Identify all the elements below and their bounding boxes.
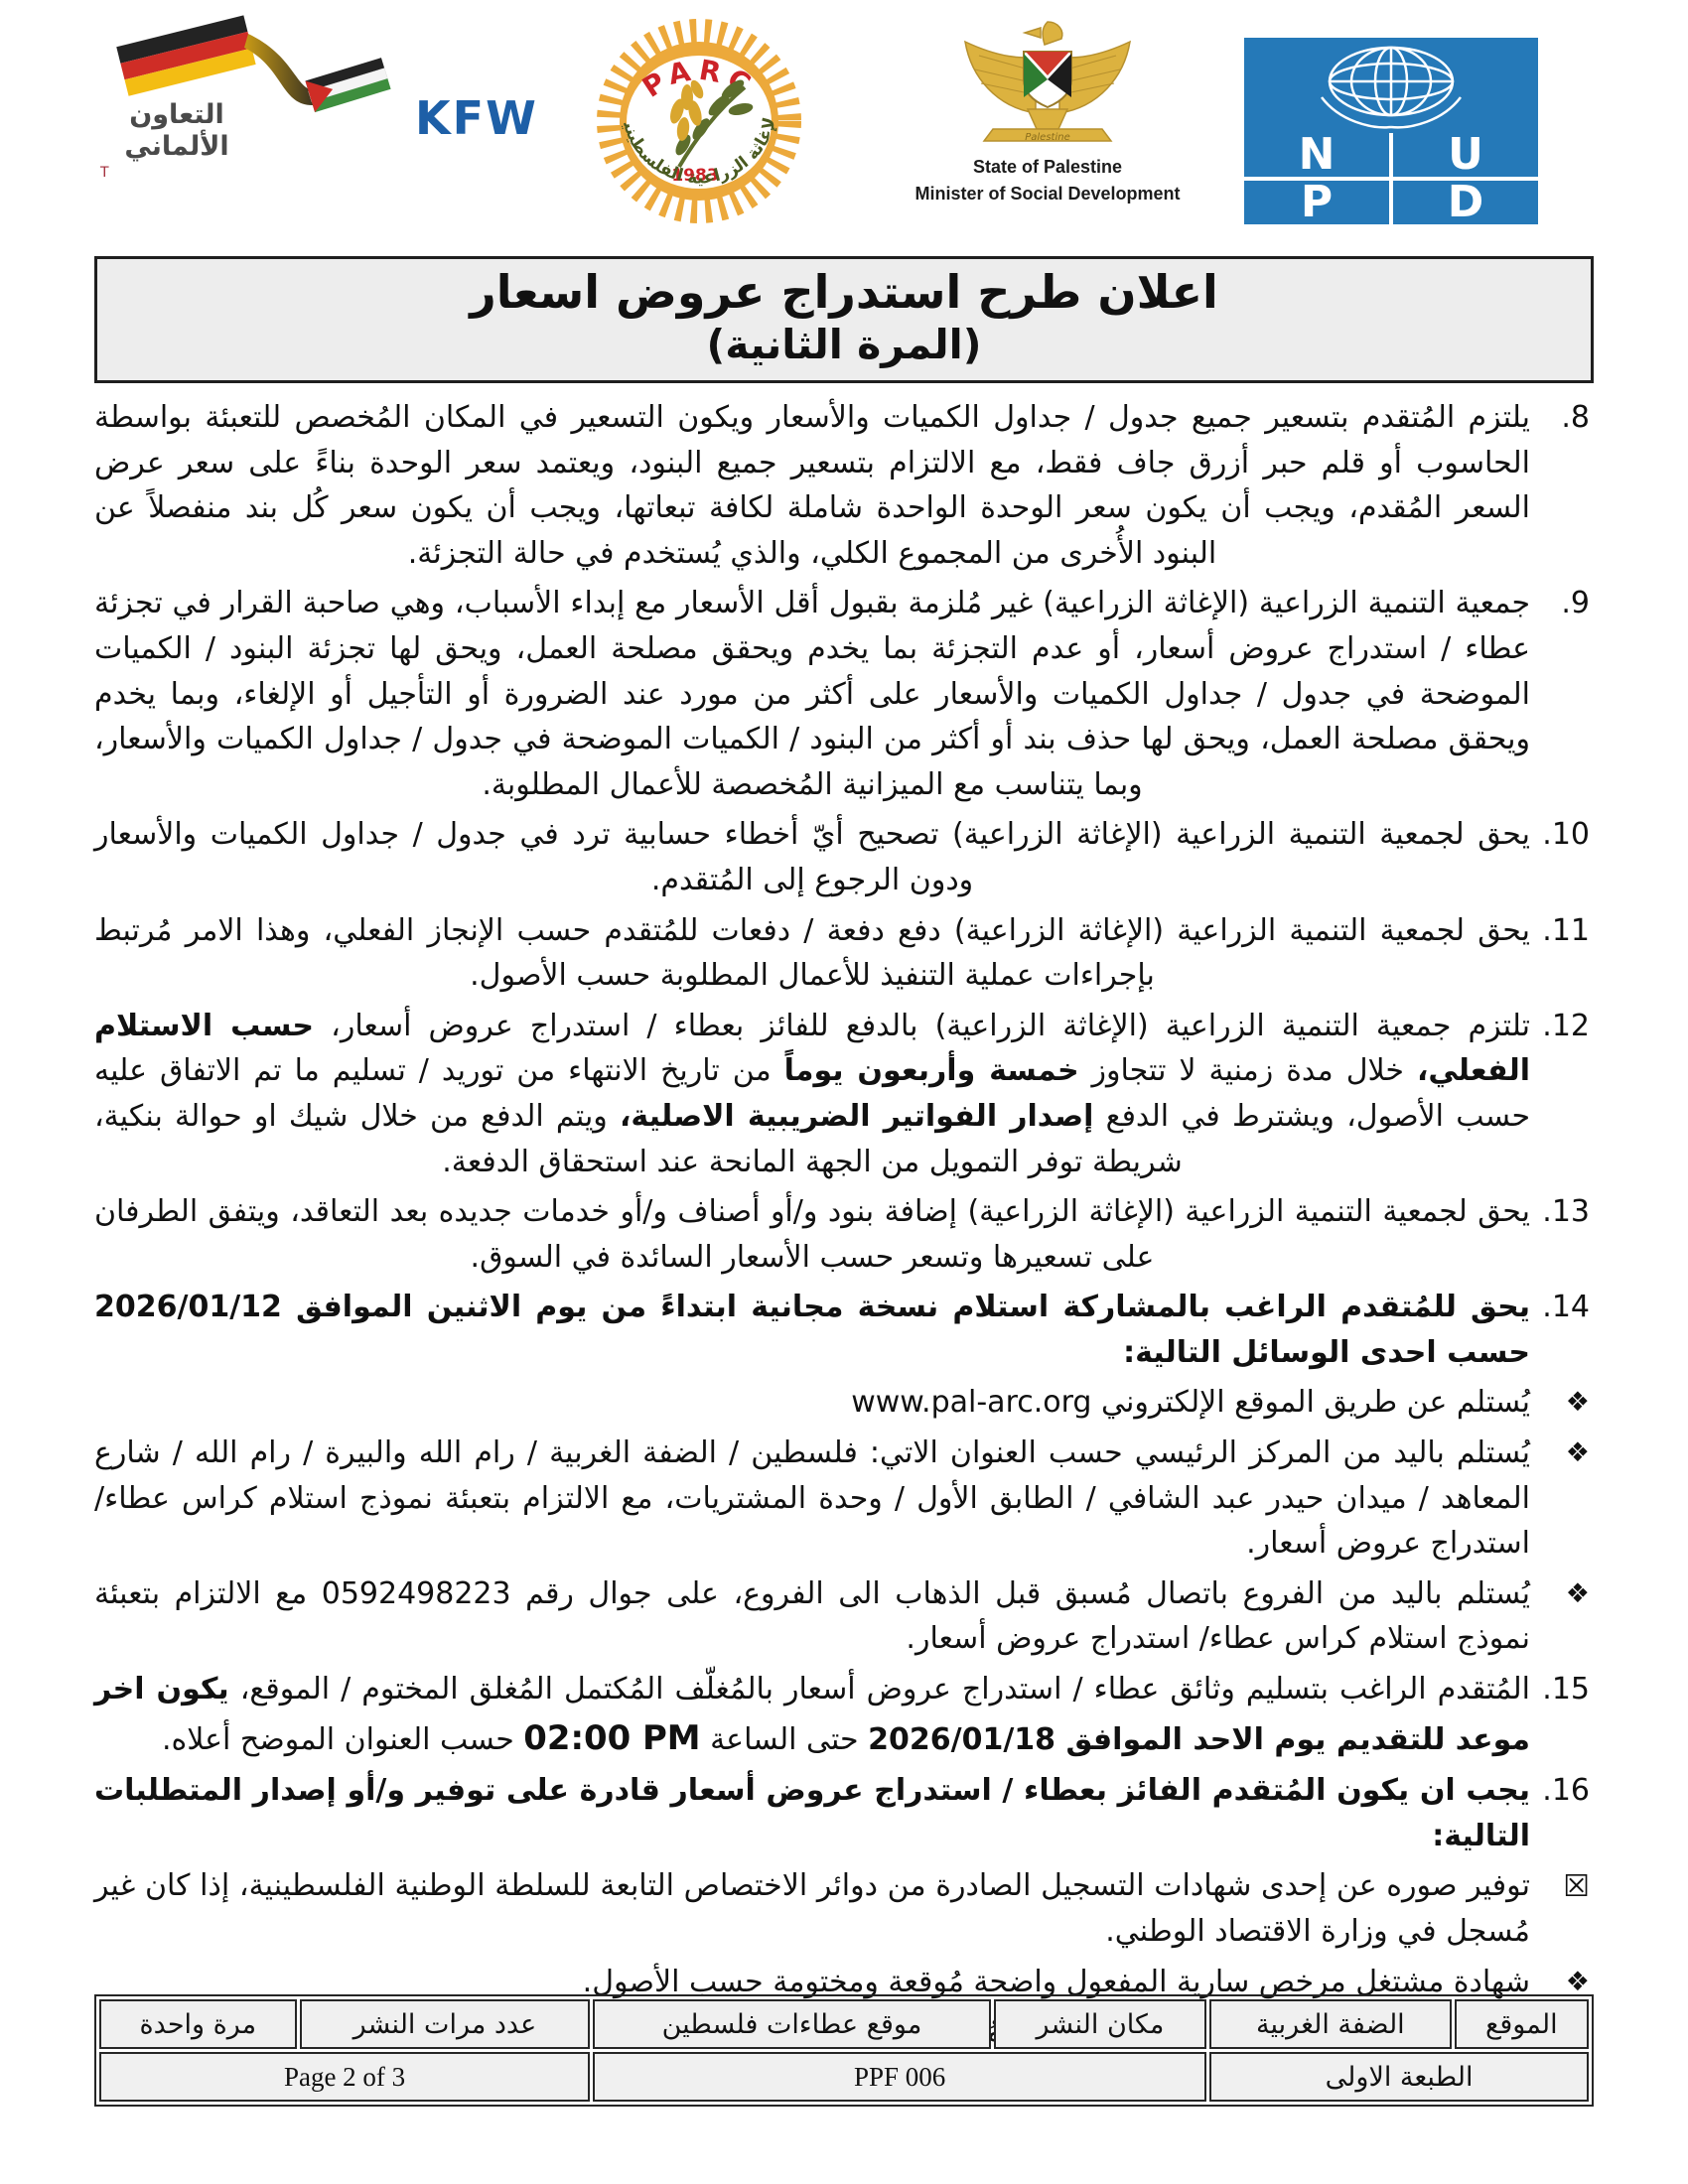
item-number: 9. [1561, 581, 1590, 626]
undp-letter-grid: U N D P [1244, 133, 1538, 224]
clause-text: المُتقدم الراغب بتسليم وثائق عطاء / استد… [94, 1672, 1530, 1757]
requirement-registration-certificate: ☒ توفير صوره عن إحدى شهادات التسجيل الصا… [94, 1863, 1594, 1954]
item-number: 8. [1561, 395, 1590, 441]
item-number: 11. [1542, 908, 1590, 954]
clause-item-15: 15. المُتقدم الراغب بتسليم وثائق عطاء / … [94, 1667, 1594, 1763]
announcement-title: اعلان طرح استدراج عروض اسعار [97, 265, 1591, 319]
clauses-list: 8. يلتزم المُتقدم بتسعير جميع جدول / جدا… [94, 395, 1594, 2060]
undp-letter-p: P [1244, 181, 1389, 224]
receipt-method-website: ❖ يُستلم عن طريق الموقع الإلكتروني www.p… [94, 1380, 1594, 1426]
german-coop-arabic-line2: الألماني [124, 129, 228, 162]
undp-logo: U N D P [1244, 38, 1538, 224]
clause-text: يحق لجمعية التنمية الزراعية (الإغاثة الز… [94, 1194, 1530, 1275]
item-number: 12. [1542, 1004, 1590, 1049]
publication-info-table: الموقع الضفة الغربية مكان النشر موقع عطا… [94, 1994, 1594, 2107]
state-of-palestine-label: State of Palestine [899, 157, 1196, 178]
announcement-subtitle: (المرة الثانية) [97, 321, 1591, 368]
item-number: 15. [1542, 1667, 1590, 1712]
ministry-label: Minister of Social Development [899, 184, 1196, 205]
parc-logo: PARC 1983 الإغاثة الزراعية الفلسطينية [584, 6, 814, 236]
announcement-title-box: اعلان طرح استدراج عروض اسعار (المرة الثا… [94, 256, 1594, 383]
bullet-text: يُستلم باليد من المركز الرئيسي حسب العنو… [94, 1435, 1530, 1561]
clause-text: يلتزم المُتقدم بتسعير جميع جدول / جداول … [94, 400, 1530, 571]
clause-item-8: 8. يلتزم المُتقدم بتسعير جميع جدول / جدا… [94, 395, 1594, 576]
undp-letter-n: N [1244, 133, 1389, 177]
footer-cell-publish-place-value: موقع عطاءات فلسطين [593, 1999, 991, 2049]
table-row: الطبعة الاولى PPF 006 Page 2 of 3 [99, 2052, 1589, 2102]
footer-cell-publish-place-label: مكان النشر [994, 1999, 1206, 2049]
item-number: 13. [1542, 1189, 1590, 1235]
clause-item-10: 10. يحق لجمعية التنمية الزراعية (الإغاثة… [94, 812, 1594, 902]
clause-item-12: 12. تلتزم جمعية التنمية الزراعية (الإغاث… [94, 1004, 1594, 1184]
clause-item-11: 11. يحق لجمعية التنمية الزراعية (الإغاثة… [94, 908, 1594, 999]
tender-announcement-page: { "header": { "german_coop": { "arabic_l… [0, 0, 1688, 2184]
undp-letter-u: U [1393, 133, 1538, 177]
german-coop-arabic-line1: التعاون [129, 99, 224, 130]
un-globe-emblem [1244, 38, 1538, 129]
footer-cell-publish-count-label: عدد مرات النشر [300, 1999, 591, 2049]
clause-item-13: 13. يحق لجمعية التنمية الزراعية (الإغاثة… [94, 1189, 1594, 1280]
footer-cell-location-label: الموقع [1455, 1999, 1589, 2049]
clause-text: يحق لجمعية التنمية الزراعية (الإغاثة الز… [94, 817, 1530, 897]
clause-text: يحق للمُتقدم الراغب بالمشاركة استلام نسخ… [94, 1290, 1530, 1370]
receipt-method-main-office: ❖ يُستلم باليد من المركز الرئيسي حسب الع… [94, 1431, 1594, 1567]
header-logo-strip: التعاون الألماني DEUTSCHE ZUSAMMENARBEIT… [0, 0, 1688, 246]
footer-cell-document-code: PPF 006 [593, 2052, 1206, 2102]
footer-cell-page-number: Page 2 of 3 [99, 2052, 590, 2102]
clause-text: جمعية التنمية الزراعية (الإغاثة الزراعية… [94, 586, 1530, 801]
diamond-bullet-icon: ❖ [1566, 1573, 1590, 1614]
item-number: 14. [1542, 1285, 1590, 1330]
footer-cell-publish-count-value: مرة واحدة [99, 1999, 297, 2049]
kfw-logo: KFW [415, 91, 538, 145]
palestine-eagle-logo: Palestine [925, 18, 1170, 153]
clause-text: يجب ان يكون المُتقدم الفائز بعطاء / استد… [94, 1773, 1530, 1853]
checked-box-icon: ☒ [1563, 1864, 1590, 1910]
palestine-banner-script: Palestine [1025, 132, 1070, 143]
footer-cell-location-value: الضفة الغربية [1209, 1999, 1451, 2049]
undp-letter-d: D [1393, 181, 1538, 224]
table-row: الموقع الضفة الغربية مكان النشر موقع عطا… [99, 1999, 1589, 2049]
diamond-bullet-icon: ❖ [1566, 1433, 1590, 1473]
item-number: 16. [1542, 1768, 1590, 1814]
palestine-ministry-caption: State of Palestine Minister of Social De… [899, 157, 1196, 205]
receipt-method-branches: ❖ يُستلم باليد من الفروع باتصال مُسبق قب… [94, 1571, 1594, 1662]
german-coop-caption: DEUTSCHE ZUSAMMENARBEIT [99, 165, 109, 181]
footer-cell-edition: الطبعة الاولى [1209, 2052, 1589, 2102]
clause-item-14: 14. يحق للمُتقدم الراغب بالمشاركة استلام… [94, 1285, 1594, 1375]
german-cooperation-logo: التعاون الألماني DEUTSCHE ZUSAMMENARBEIT [99, 8, 397, 182]
bullet-text: يُستلم عن طريق الموقع الإلكتروني www.pal… [851, 1385, 1530, 1420]
clause-item-9: 9. جمعية التنمية الزراعية (الإغاثة الزرا… [94, 581, 1594, 807]
diamond-bullet-icon: ❖ [1566, 1382, 1590, 1423]
publication-footer: الموقع الضفة الغربية مكان النشر موقع عطا… [94, 1994, 1594, 2107]
item-number: 10. [1542, 812, 1590, 858]
bullet-text: توفير صوره عن إحدى شهادات التسجيل الصادر… [94, 1868, 1530, 1949]
clause-text: تلتزم جمعية التنمية الزراعية (الإغاثة ال… [94, 1009, 1530, 1179]
clause-item-16: 16. يجب ان يكون المُتقدم الفائز بعطاء / … [94, 1768, 1594, 1858]
bullet-text: يُستلم باليد من الفروع باتصال مُسبق قبل … [94, 1576, 1530, 1657]
clause-text: يحق لجمعية التنمية الزراعية (الإغاثة الز… [94, 913, 1530, 994]
